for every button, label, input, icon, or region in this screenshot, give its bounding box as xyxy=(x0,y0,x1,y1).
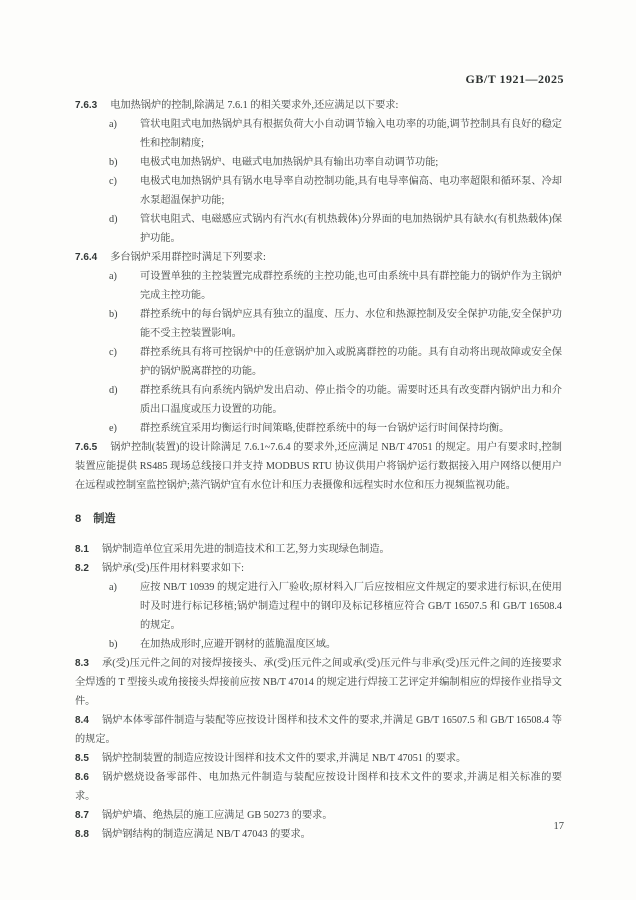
clause-text: 锅炉控制(装置)的设计除满足 7.6.1~7.6.4 的要求外,还应满足 NB/… xyxy=(75,442,562,491)
list-item: d)群控系统具有向系统内锅炉发出启动、停止指令的功能。需要时还具有改变群内锅炉出… xyxy=(75,381,562,419)
list-item: a)管状电阻式电加热锅炉具有根据负荷大小自动调节输入电功率的功能,调节控制具有良… xyxy=(75,115,562,153)
list-item-text: 电极式电加热锅炉、电磁式电加热锅炉具有输出功率自动调节功能; xyxy=(140,157,438,168)
list-item: e)群控系统宜采用均衡运行时间策略,使群控系统中的每一台锅炉运行时间保持均衡。 xyxy=(75,419,562,438)
document-body: 7.6.3电加热锅炉的控制,除满足 7.6.1 的相关要求外,还应满足以下要求:… xyxy=(75,96,562,844)
list-item-label: a) xyxy=(109,267,117,286)
section-heading: 8制造 xyxy=(75,510,562,529)
clause-paragraph: 8.4锅炉本体零部件制造与装配等应按设计图样和技术文件的要求,并满足 GB/T … xyxy=(75,711,562,749)
clause-paragraph: 8.1锅炉制造单位宜采用先进的制造技术和工艺,努力实现绿色制造。 xyxy=(75,540,562,559)
list-item: b)群控系统中的每台锅炉应具有独立的温度、压力、水位和热源控制及安全保护功能,安… xyxy=(75,305,562,343)
list-item-text: 群控系统具有将可控锅炉中的任意锅炉加入或脱离群控的功能。具有自动将出现故障或安全… xyxy=(140,347,562,377)
list-item-label: a) xyxy=(109,578,117,597)
list-item: b)电极式电加热锅炉、电磁式电加热锅炉具有输出功率自动调节功能; xyxy=(75,153,562,172)
clause-number: 8.6 xyxy=(75,772,89,783)
list-item-label: e) xyxy=(109,419,117,438)
clause-text: 电加热锅炉的控制,除满足 7.6.1 的相关要求外,还应满足以下要求: xyxy=(110,100,398,111)
clause-text: 多台锅炉采用群控时满足下列要求: xyxy=(110,252,266,263)
clause-text: 锅炉炉墙、绝热层的施工应满足 GB 50273 的要求。 xyxy=(102,810,333,821)
list-item-text: 群控系统中的每台锅炉应具有独立的温度、压力、水位和热源控制及安全保护功能,安全保… xyxy=(140,309,562,339)
list-item-label: b) xyxy=(109,153,118,172)
list-item-text: 可设置单独的主控装置完成群控系统的主控功能,也可由系统中具有群控能力的锅炉作为主… xyxy=(140,271,562,301)
clause-paragraph: 7.6.4多台锅炉采用群控时满足下列要求: xyxy=(75,248,562,267)
list-item-text: 应按 NB/T 10939 的规定进行入厂验收;原材料入厂后应按相应文件规定的要… xyxy=(140,582,562,631)
list-item-label: d) xyxy=(109,381,118,400)
clause-paragraph: 8.2锅炉承(受)压件用材料要求如下: xyxy=(75,559,562,578)
section-number: 8 xyxy=(75,513,81,525)
list-item: a)可设置单独的主控装置完成群控系统的主控功能,也可由系统中具有群控能力的锅炉作… xyxy=(75,267,562,305)
list-item: c)群控系统具有将可控锅炉中的任意锅炉加入或脱离群控的功能。具有自动将出现故障或… xyxy=(75,343,562,381)
clause-number: 8.1 xyxy=(75,544,89,555)
clause-number: 8.4 xyxy=(75,715,89,726)
clause-text: 锅炉承(受)压件用材料要求如下: xyxy=(102,563,244,574)
clause-paragraph: 7.6.5锅炉控制(装置)的设计除满足 7.6.1~7.6.4 的要求外,还应满… xyxy=(75,438,562,495)
list-item-label: c) xyxy=(109,172,117,191)
list-item: a)应按 NB/T 10939 的规定进行入厂验收;原材料入厂后应按相应文件规定… xyxy=(75,578,562,635)
list-item: d)管状电阻式、电磁感应式锅内有汽水(有机热载体)分界面的电加热锅炉具有缺水(有… xyxy=(75,210,562,248)
clause-text: 锅炉制造单位宜采用先进的制造技术和工艺,努力实现绿色制造。 xyxy=(102,544,390,555)
clause-number: 7.6.5 xyxy=(75,442,97,453)
list-item-text: 群控系统具有向系统内锅炉发出启动、停止指令的功能。需要时还具有改变群内锅炉出力和… xyxy=(140,385,562,415)
list-item-text: 管状电阻式、电磁感应式锅内有汽水(有机热载体)分界面的电加热锅炉具有缺水(有机热… xyxy=(140,214,562,244)
clause-number: 7.6.4 xyxy=(75,252,97,263)
document-page: GB/T 1921—2025 7.6.3电加热锅炉的控制,除满足 7.6.1 的… xyxy=(0,0,636,900)
clause-paragraph: 8.6锅炉燃烧设备零部件、电加热元件制造与装配应按设计图样和技术文件的要求,并满… xyxy=(75,768,562,806)
clause-number: 8.2 xyxy=(75,563,89,574)
list-item-text: 电极式电加热锅炉具有锅水电导率自动控制功能,具有电导率偏高、电功率超限和循环泵、… xyxy=(140,176,562,206)
list-item: c)电极式电加热锅炉具有锅水电导率自动控制功能,具有电导率偏高、电功率超限和循环… xyxy=(75,172,562,210)
clause-paragraph: 8.3承(受)压元件之间的对接焊接接头、承(受)压元件之间或承(受)压元件与非承… xyxy=(75,654,562,711)
standard-code-header: GB/T 1921—2025 xyxy=(75,72,564,87)
clause-number: 8.5 xyxy=(75,753,89,764)
clause-paragraph: 7.6.3电加热锅炉的控制,除满足 7.6.1 的相关要求外,还应满足以下要求: xyxy=(75,96,562,115)
clause-text: 锅炉控制装置的制造应按设计图样和技术文件的要求,并满足 NB/T 47051 的… xyxy=(102,753,466,764)
list-item-label: d) xyxy=(109,210,118,229)
list-item-text: 在加热成形时,应避开钢材的蓝脆温度区域。 xyxy=(140,639,336,650)
section-title: 制造 xyxy=(93,513,115,525)
clause-text: 承(受)压元件之间的对接焊接接头、承(受)压元件之间或承(受)压元件与非承(受)… xyxy=(75,658,562,707)
list-item-label: b) xyxy=(109,305,118,324)
list-item-text: 群控系统宜采用均衡运行时间策略,使群控系统中的每一台锅炉运行时间保持均衡。 xyxy=(140,423,509,434)
list-item-label: a) xyxy=(109,115,117,134)
list-item-label: b) xyxy=(109,635,118,654)
list-item: b)在加热成形时,应避开钢材的蓝脆温度区域。 xyxy=(75,635,562,654)
list-item-text: 管状电阻式电加热锅炉具有根据负荷大小自动调节输入电功率的功能,调节控制具有良好的… xyxy=(140,119,562,149)
list-item-label: c) xyxy=(109,343,117,362)
clause-text: 锅炉燃烧设备零部件、电加热元件制造与装配应按设计图样和技术文件的要求,并满足相关… xyxy=(75,772,562,802)
clause-number: 8.7 xyxy=(75,810,89,821)
clause-number: 7.6.3 xyxy=(75,100,97,111)
clause-text: 锅炉本体零部件制造与装配等应按设计图样和技术文件的要求,并满足 GB/T 165… xyxy=(75,715,562,745)
clause-paragraph: 8.5锅炉控制装置的制造应按设计图样和技术文件的要求,并满足 NB/T 4705… xyxy=(75,749,562,768)
clause-number: 8.3 xyxy=(75,658,89,669)
page-number: 17 xyxy=(75,821,564,832)
